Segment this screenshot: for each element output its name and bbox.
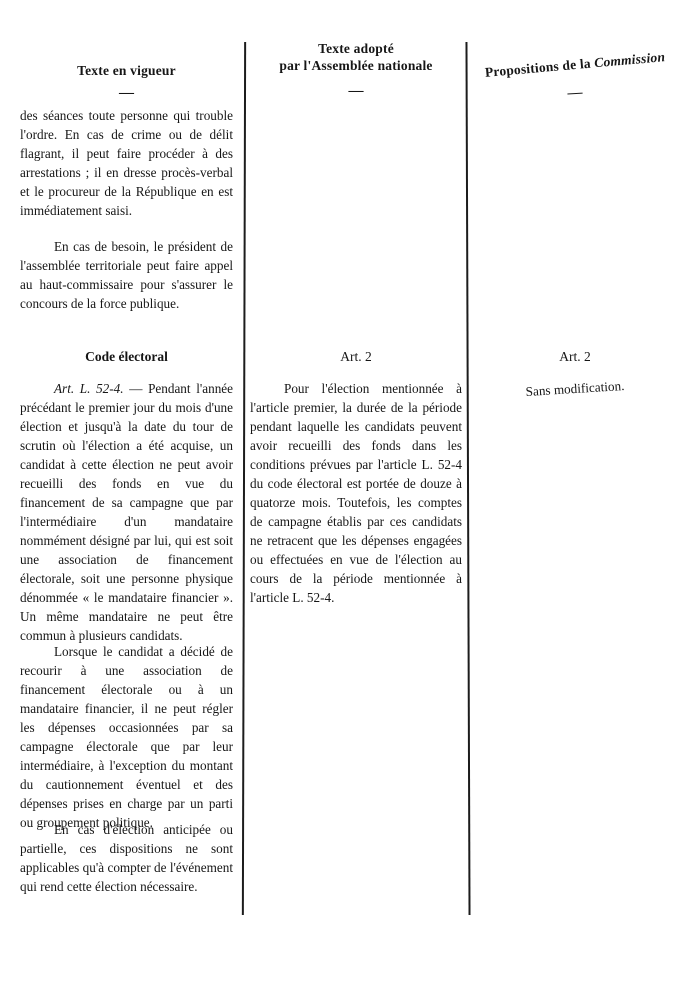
header-dash: — bbox=[250, 84, 462, 98]
column-header-line2: par l'Assemblée nationale bbox=[250, 57, 462, 74]
column-propositions: Propositions de la Commission — Art. 2 S… bbox=[478, 0, 672, 983]
article-reference: Art. L. 52-4. bbox=[54, 381, 124, 396]
article-heading-art-2: Art. 2 bbox=[478, 349, 672, 365]
column-divider-right bbox=[465, 42, 470, 915]
paragraph-besoin: En cas de besoin, le président de l'asse… bbox=[20, 237, 233, 313]
column-header-propositions: Propositions de la Commission bbox=[478, 48, 673, 82]
section-heading-code-electoral: Code électoral bbox=[20, 349, 233, 365]
article-heading-art-2: Art. 2 bbox=[250, 349, 462, 365]
paragraph-pour-election: Pour l'élection mentionnée à l'article p… bbox=[250, 379, 462, 607]
column-header-prefix: Propositions de la bbox=[484, 55, 595, 80]
column-divider-left bbox=[242, 42, 246, 915]
column-header-texte-en-vigueur: Texte en vigueur bbox=[20, 62, 233, 79]
paragraph-election-anticipee: En cas d'élection anticipée ou partielle… bbox=[20, 820, 233, 896]
column-texte-en-vigueur: Texte en vigueur — des séances toute per… bbox=[20, 0, 233, 983]
scanned-document-page: Texte en vigueur — des séances toute per… bbox=[0, 0, 678, 983]
column-texte-adopte: Texte adopté par l'Assemblée nationale —… bbox=[250, 0, 462, 983]
paragraph-seances: des séances toute personne qui trouble l… bbox=[20, 106, 233, 220]
header-dash: — bbox=[20, 86, 233, 100]
column-header-texte-adopte: Texte adopté par l'Assemblée nationale bbox=[250, 40, 462, 74]
column-header-commission: Commission bbox=[594, 49, 666, 70]
paragraph-art-l52-4: Art. L. 52-4. — Pendant l'année précédan… bbox=[20, 379, 233, 645]
paragraph-lorsque: Lorsque le candidat a décidé de recourir… bbox=[20, 642, 233, 832]
paragraph-art-l52-4-text: Pendant l'année précédant le premier jou… bbox=[20, 381, 233, 643]
paragraph-sans-modification: Sans modification. bbox=[478, 373, 673, 404]
header-dash: — bbox=[478, 80, 672, 106]
article-reference-dash: — bbox=[124, 381, 149, 396]
column-header-line1: Texte adopté bbox=[250, 40, 462, 57]
